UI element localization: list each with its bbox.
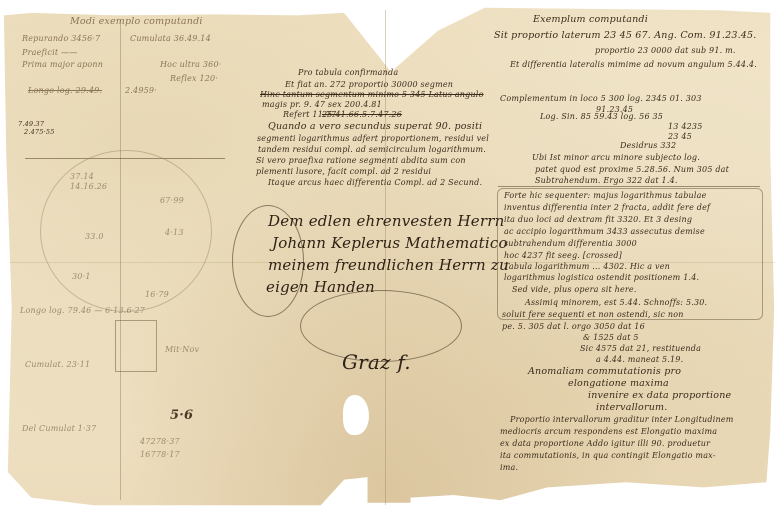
lower-line: Anomaliam commutationis pro	[528, 366, 681, 377]
lower-line: ima.	[500, 463, 518, 472]
lower-line: elongatione maxima	[568, 378, 669, 389]
left-row: Repurando 3456·7	[22, 34, 100, 43]
center-line: Itaque arcus haec differentia Compl. ad …	[268, 178, 482, 187]
lower-line: Sic 4575 dat 21, restituenda	[580, 344, 701, 353]
lower-line: mediocris arcum respondens est Elongatio…	[500, 427, 717, 436]
signature: Graz f.	[342, 350, 411, 374]
lower-line: & 1525 dat 5	[583, 333, 639, 342]
right-line: proportio 23 0000 dat sub 91. m.	[595, 46, 736, 55]
center-line: Quando a vero secundus superat 90. posit…	[268, 121, 482, 132]
left-row: Hoc ultra 360·	[160, 60, 222, 69]
lower-line: Assimiq minorem, est 5.44. Schnoffs: 5.3…	[525, 298, 707, 307]
left-row: Prima major aponn	[22, 60, 103, 69]
section-rule	[498, 186, 760, 187]
right-line: Et differentia lateralis mimime ad novum…	[510, 60, 757, 69]
center-line: plementi lusore, facit compl. ad 2 resid…	[256, 167, 431, 176]
pencil-note: 47278·37	[140, 437, 180, 446]
pencil-note: 5·6	[170, 408, 193, 423]
pencil-note: 16778·17	[140, 450, 180, 459]
center-line: segmenti logarithmus adfert proportionem…	[257, 134, 489, 143]
right-line: Tabula logarithmum ... 4302. Hic a ven	[504, 262, 670, 271]
lower-line: a 4.44. maneat 5.19.	[596, 355, 683, 364]
calligraphic-flourish	[232, 205, 304, 317]
right-line: Sit proportio laterum 23 45 67. Ang. Com…	[494, 30, 757, 41]
right-line: Subtrahendum. Ergo 322 dat 1.4.	[535, 176, 678, 185]
paper-hole	[343, 395, 369, 435]
right-line: inventus differentia inter 2 fracta, add…	[504, 203, 710, 212]
manuscript-sheet: Modi exemplo computandi Repurando 3456·7…	[0, 0, 782, 513]
left-row: Longo log. 29.49.	[28, 86, 102, 95]
right-line: logarithmus logistica ostendit positione…	[504, 273, 699, 282]
address-line: Johann Keplerus Mathematico	[272, 234, 508, 252]
right-line: 13 4235	[668, 122, 702, 131]
right-line: Desidrus 332	[620, 141, 676, 150]
right-line: Sed vide, plus opera sit here.	[512, 285, 637, 294]
right-line: Complementum in loco 5 300 log. 2345 01.…	[500, 94, 702, 103]
left-row: 7.49.37	[18, 120, 44, 128]
right-line: 23 45	[668, 132, 692, 141]
address-line: meinem freundlichen Herrn zu	[268, 256, 509, 274]
right-line: ita duo loci ad dextram fit 3320. Et 3 d…	[504, 215, 692, 224]
right-line: patet quod est proxime 5.28.56. Num 305 …	[535, 165, 729, 174]
lower-line: Proportio intervallorum graditur inter L…	[510, 415, 734, 424]
right-line: Forte hic sequenter: majus logarithmus t…	[504, 191, 707, 200]
pencil-ellipse	[40, 150, 212, 312]
center-line: Si vero praefixa ratione segmenti abdita…	[256, 156, 466, 165]
pencil-box	[115, 320, 157, 372]
left-row: Cumulata 36.49.14	[130, 34, 211, 43]
right-line: subtrahendum differentia 3000	[504, 239, 637, 248]
left-row: Reflex 120·	[170, 74, 218, 83]
center-line: 25.41.66.5.7.47.26	[322, 110, 402, 119]
left-row: 2.4959·	[125, 86, 157, 95]
pencil-note: Cumulat. 23·11	[25, 360, 90, 369]
left-row: 2.475·55	[24, 128, 55, 136]
left-heading: Modi exemplo computandi	[70, 16, 203, 27]
center-line: magis pr. 9. 47 sex 200.4.81	[262, 100, 382, 109]
right-heading: Exemplum computandi	[533, 14, 648, 25]
lower-line: ita commutationis, in qua contingit Elon…	[500, 451, 716, 460]
center-line: Et fiat an. 272 proportio 30000 segmen	[285, 80, 453, 89]
right-line: Ubi Ist minor arcu minore subjecto log.	[532, 153, 700, 162]
left-row: Praeficit ——	[22, 48, 77, 57]
right-line: hoc 4237 fit seeg. [crossed]	[504, 251, 622, 260]
address-line: Dem edlen ehrenvesten Herrn	[268, 212, 504, 230]
center-line: Hinc tantum segmentum minimo 5 345 Latus…	[260, 90, 484, 99]
lower-line: pe. 5. 305 dat l. orgo 3050 dat 16	[502, 322, 645, 331]
right-line: ac accipio logarithmum 3433 assecutus de…	[504, 227, 705, 236]
right-line: Log. Sin. 85 59.43 log. 56 35	[540, 112, 663, 121]
lower-line: intervallorum.	[596, 402, 667, 413]
lower-line: soluit fere sequenti et non ostendi, sic…	[502, 310, 684, 319]
lower-line: ex data proportione Addo igitur illi 90.…	[500, 439, 710, 448]
center-line: tandem residui compl. ad semicirculum lo…	[258, 145, 486, 154]
pencil-note: Del Cumulat 1·37	[22, 424, 96, 433]
center-title: Pro tabula confirmanda	[298, 68, 398, 77]
pencil-note: Mit·Nov	[165, 345, 199, 354]
lower-line: invenire ex data proportione	[588, 390, 731, 401]
